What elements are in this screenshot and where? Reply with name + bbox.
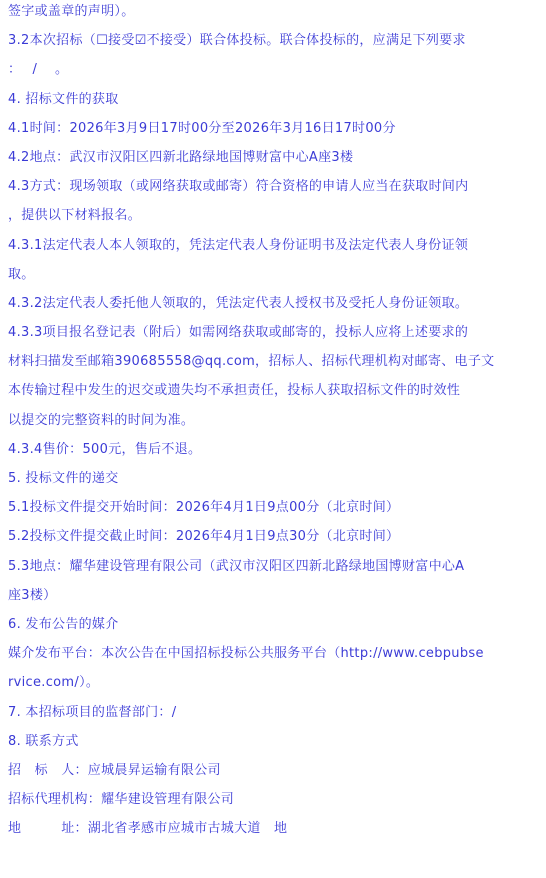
section-heading-media: 6. 发布公告的媒介 <box>8 610 546 639</box>
text-line-submission-deadline: 5.2投标文件提交截止时间：2026年4月1日9点30分（北京时间） <box>8 522 546 551</box>
text-line-price: 4.3.4售价：500元，售后不退。 <box>8 435 546 464</box>
text-line-legal-rep-delegate: 4.3.2法定代表人委托他人领取的，凭法定代表人授权书及受托人身份证领取。 <box>8 289 546 318</box>
text-line-address: 地 址：湖北省孝感市应城市古城大道 地 <box>8 814 546 843</box>
text-line-legal-rep-self-cont: 取。 <box>8 260 546 289</box>
text-line-media-platform: 媒介发布平台：本次公告在中国招标投标公共服务平台（http://www.cebp… <box>8 639 546 668</box>
section-heading-supervision: 7. 本招标项目的监督部门：/ <box>8 698 546 727</box>
section-heading-obtain-documents: 4. 招标文件的获取 <box>8 85 546 114</box>
text-line-obtain-method-cont: ，提供以下材料报名。 <box>8 201 546 230</box>
text-line-registration-email: 材料扫描发至邮箱390685558@qq.com，招标人、招标代理机构对邮寄、电… <box>8 347 546 376</box>
section-heading-contact: 8. 联系方式 <box>8 727 546 756</box>
text-line-consortium-bid: 3.2本次招标（☐接受☑不接受）联合体投标。联合体投标的，应满足下列要求 <box>8 26 546 55</box>
section-heading-submission: 5. 投标文件的递交 <box>8 464 546 493</box>
announcement-document: 签字或盖章的声明）。 3.2本次招标（☐接受☑不接受）联合体投标。联合体投标的，… <box>0 0 546 843</box>
text-line-statement-end: 签字或盖章的声明）。 <box>8 0 546 26</box>
text-line-submission-location: 5.3地点：耀华建设管理有限公司（武汉市汉阳区四新北路绿地国博财富中心A <box>8 552 546 581</box>
text-line-submission-location-cont: 座3楼） <box>8 581 546 610</box>
text-line-registration-timing: 以提交的完整资料的时间为准。 <box>8 406 546 435</box>
text-line-submission-start: 5.1投标文件提交开始时间：2026年4月1日9点00分（北京时间） <box>8 493 546 522</box>
text-line-consortium-requirement: ： / 。 <box>8 55 546 84</box>
text-line-media-platform-cont: rvice.com/）。 <box>8 668 546 697</box>
text-line-obtain-time: 4.1时间：2026年3月9日17时00分至2026年3月16日17时00分 <box>8 114 546 143</box>
text-line-obtain-location: 4.2地点：武汉市汉阳区四新北路绿地国博财富中心A座3楼 <box>8 143 546 172</box>
text-line-legal-rep-self: 4.3.1法定代表人本人领取的，凭法定代表人身份证明书及法定代表人身份证领 <box>8 231 546 260</box>
text-line-tenderer: 招 标 人：应城晨昇运输有限公司 <box>8 756 546 785</box>
text-line-registration-form: 4.3.3项目报名登记表（附后）如需网络获取或邮寄的，投标人应将上述要求的 <box>8 318 546 347</box>
text-line-registration-liability: 本传输过程中发生的迟交或遗失均不承担责任，投标人获取招标文件的时效性 <box>8 376 546 405</box>
text-line-agency: 招标代理机构：耀华建设管理有限公司 <box>8 785 546 814</box>
text-line-obtain-method: 4.3方式：现场领取（或网络获取或邮寄）符合资格的申请人应当在获取时间内 <box>8 172 546 201</box>
